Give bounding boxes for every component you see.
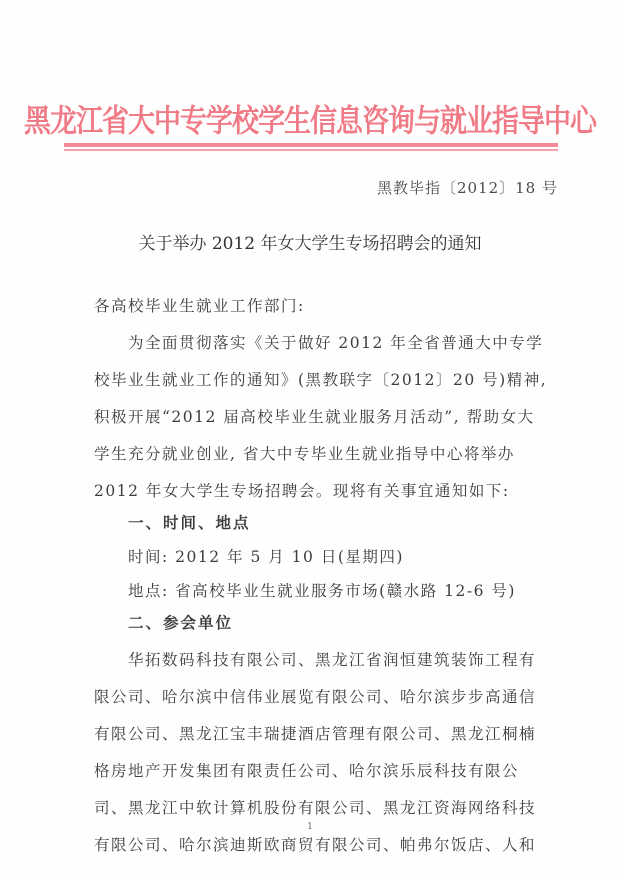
intro-line: 校毕业生就业工作的通知》(黑教联字〔2012〕20 号)精神, [94,368,547,390]
intro-line: 为全面贯彻落实《关于做好 2012 年全省普通大中专学 [128,331,543,353]
intro-line: 学生充分就业创业, 省大中专毕业生就业指导中心将举办 [94,442,515,464]
company-list-line: 有限公司、黑龙江宝丰瑞捷酒店管理有限公司、黑龙江桐楠 [94,722,536,744]
document-title: 关于举办 2012 年女大学生专场招聘会的通知 [0,229,620,254]
company-list-line: 有限公司、哈尔滨迪斯欧商贸有限公司、帕弗尔饭店、人和 [94,833,536,855]
document-page: 黑龙江省大中专学校学生信息咨询与就业指导中心 黑教毕指〔2012〕18 号 关于… [0,0,620,876]
company-list-line: 华拓数码科技有限公司、黑龙江省润恒建筑装饰工程有 [128,648,536,670]
organization-letterhead: 黑龙江省大中专学校学生信息咨询与就业指导中心 [0,96,620,141]
salutation-text: 各高校毕业生就业工作部门: [94,294,305,316]
company-list-line: 格房地产开发集团有限责任公司、哈尔滨乐辰科技有限公 [94,759,519,781]
event-place: 地点: 省高校毕业生就业服务市场(赣水路 12-6 号) [128,579,516,601]
company-list-line: 限公司、哈尔滨中信伟业展览有限公司、哈尔滨步步高通信 [94,685,536,707]
page-number: 1 [0,822,620,832]
letterhead-rule-thin [64,149,558,151]
section-heading: 一、时间、地点 [128,511,251,533]
document-number: 黑教毕指〔2012〕18 号 [377,177,558,198]
event-time: 时间: 2012 年 5 月 10 日(星期四) [128,545,404,567]
intro-line: 积极开展“2012 届高校毕业生就业服务月活动”, 帮助女大 [94,405,535,427]
section-heading: 二、参会单位 [128,611,233,633]
intro-line: 2012 年女大学生专场招聘会。现将有关事宜通知如下: [94,479,510,501]
letterhead-rule-thick [64,143,558,147]
company-list-line: 司、黑龙江中软计算机股份有限公司、黑龙江资海网络科技 [94,796,536,818]
